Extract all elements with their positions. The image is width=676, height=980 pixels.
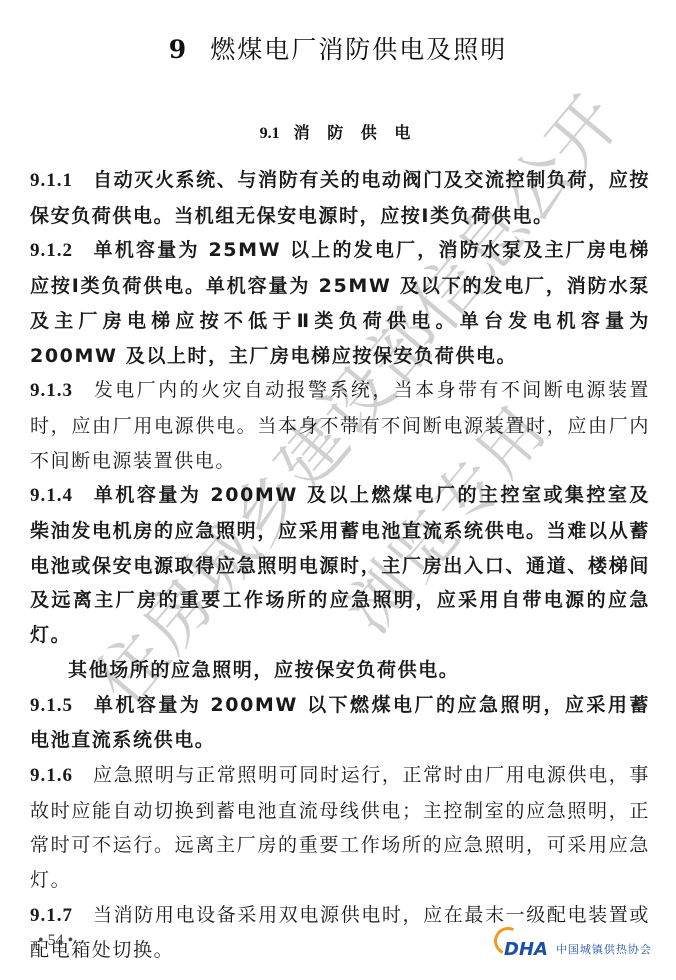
clause-9-1-2: 9.1.2单机容量为 25MW 以上的发电厂，消防水泵及主厂房电梯应按Ⅰ类负荷供… xyxy=(30,233,650,373)
clause-number: 9.1.2 xyxy=(30,240,73,261)
section-title: 9.1消 防 供 电 xyxy=(0,120,676,143)
clause-text: 发电厂内的火灾自动报警系统，当本身带有不间断电源装置时，应由厂用电源供电。当本身… xyxy=(30,379,650,471)
document-page: 住房城乡建设部信息公开 浏览专用 9燃煤电厂消防供电及照明 9.1消 防 供 电… xyxy=(0,0,676,980)
chapter-title-text: 燃煤电厂消防供电及照明 xyxy=(210,35,507,64)
clause-number: 9.1.7 xyxy=(30,905,73,926)
section-title-text: 消 防 供 电 xyxy=(294,123,417,142)
chapter-title: 9燃煤电厂消防供电及照明 xyxy=(0,30,676,66)
chapter-number: 9 xyxy=(169,35,188,64)
clause-number: 9.1.6 xyxy=(30,765,73,786)
clause-text: 自动灭火系统、与消防有关的电动阀门及交流控制负荷，应按保安负荷供电。当机组无保安… xyxy=(30,169,650,227)
clause-9-1-3: 9.1.3发电厂内的火灾自动报警系统，当本身带有不间断电源装置时，应由厂用电源供… xyxy=(30,373,650,478)
clause-9-1-6: 9.1.6应急照明与正常照明可同时运行，正常时由厂用电源供电，事故时应能自动切换… xyxy=(30,758,650,898)
page-number: • 54 • xyxy=(38,932,73,950)
clause-9-1-4: 9.1.4单机容量为 200MW 及以上燃煤电厂的主控室或集控室及柴油发电机房的… xyxy=(30,478,650,653)
clause-text: 单机容量为 25MW 以上的发电厂，消防水泵及主厂房电梯应按Ⅰ类负荷供电。单机容… xyxy=(30,239,650,366)
clause-number: 9.1.1 xyxy=(30,170,73,191)
clause-number: 9.1.3 xyxy=(30,380,73,401)
clause-list: 9.1.1自动灭火系统、与消防有关的电动阀门及交流控制负荷，应按保安负荷供电。当… xyxy=(30,163,650,968)
clause-9-1-4-continuation: 其他场所的应急照明，应按保安负荷供电。 xyxy=(30,653,650,688)
clause-9-1-1: 9.1.1自动灭火系统、与消防有关的电动阀门及交流控制负荷，应按保安负荷供电。当… xyxy=(30,163,650,233)
dha-logo-icon: DHA xyxy=(500,939,548,960)
clause-number: 9.1.4 xyxy=(30,485,73,506)
clause-text: 应急照明与正常照明可同时运行，正常时由厂用电源供电，事故时应能自动切换到蓄电池直… xyxy=(30,764,650,891)
clause-text: 单机容量为 200MW 以下燃煤电厂的应急照明，应采用蓄电池直流系统供电。 xyxy=(30,694,650,752)
association-logo: DHA 中国城镇供热协会 xyxy=(500,934,652,964)
clause-9-1-5: 9.1.5单机容量为 200MW 以下燃煤电厂的应急照明，应采用蓄电池直流系统供… xyxy=(30,688,650,758)
logo-organization-name: 中国城镇供热协会 xyxy=(556,941,652,957)
clause-text: 其他场所的应急照明，应按保安负荷供电。 xyxy=(68,659,459,681)
section-number: 9.1 xyxy=(260,125,280,142)
clause-number: 9.1.5 xyxy=(30,695,73,716)
clause-text: 单机容量为 200MW 及以上燃煤电厂的主控室或集控室及柴油发电机房的应急照明，… xyxy=(30,484,650,646)
